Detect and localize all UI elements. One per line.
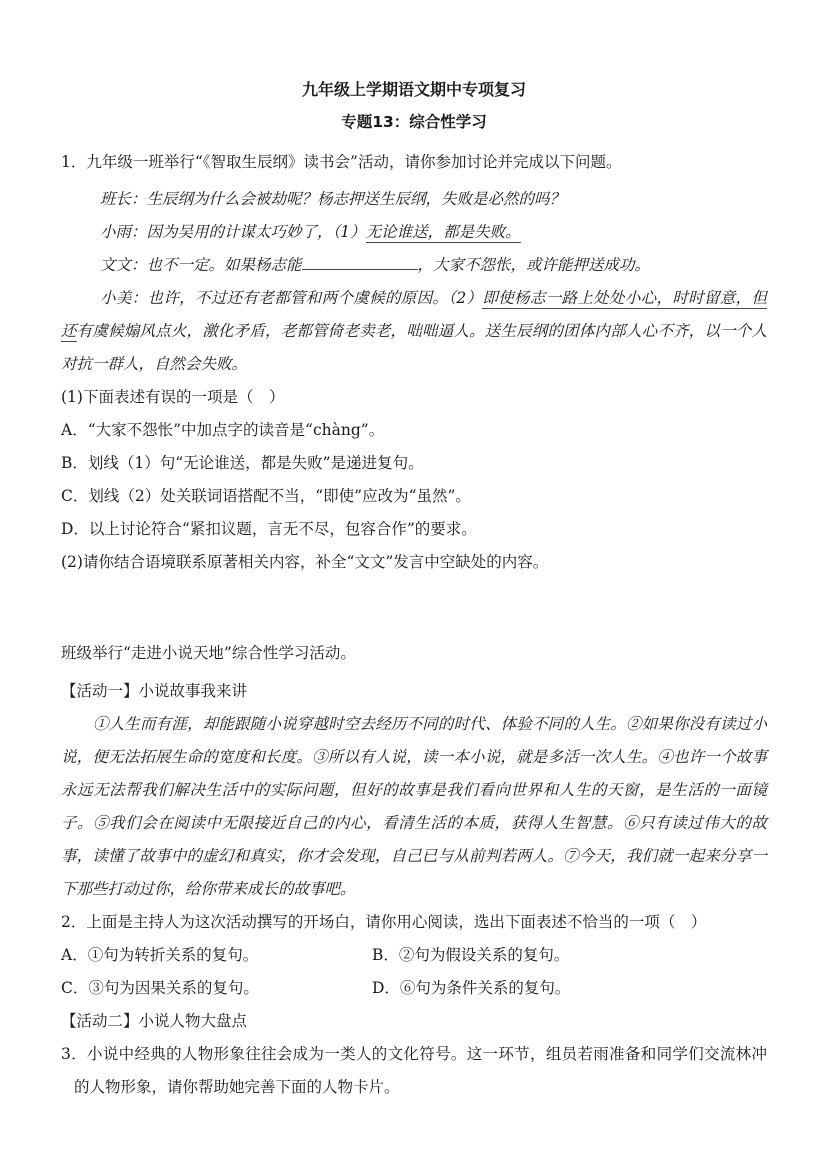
q2-option-c[interactable]: C．③句为因果关系的复句。 xyxy=(61,972,372,1005)
activity-1-title: 【活动一】小说故事我来讲 xyxy=(61,675,767,708)
dialogue-xiaomei-rest: 有虞候煽风点火，激化矛盾，老都管倚老卖老，咄咄逼人。送生辰纲的团体内部人心不齐，… xyxy=(61,322,767,373)
q2-options-row-2: C．③句为因果关系的复句。 D．⑥句为条件关系的复句。 xyxy=(61,972,767,1005)
answer-writing-space xyxy=(61,579,767,637)
dialogue-banzhang: 班长：生辰纲为什么会被劫呢？杨志押送生辰纲，失败是必然的吗？ xyxy=(61,183,767,216)
opening-remarks-passage: ①人生而有涯，却能跟随小说穿越时空去经历不同的时代、体验不同的人生。②如果你没有… xyxy=(61,708,767,906)
dialogue-banzhang-text: 生辰纲为什么会被劫呢？杨志押送生辰纲，失败是必然的吗？ xyxy=(147,190,566,208)
dialogue-xiaomei-pre: 也许，不过还有老都管和两个虞候的原因。（2） xyxy=(148,289,483,307)
q2-option-a[interactable]: A．①句为转折关系的复句。 xyxy=(61,939,372,972)
dialogue-xiaoyu-pre: 因为吴用的计谋太巧妙了，（1） xyxy=(147,223,366,241)
question-3-stem: 3．小说中经典的人物形象往往会成为一类人的文化符号。这一环节，组员若雨准备和同学… xyxy=(61,1038,767,1104)
q1-option-d[interactable]: D．以上讨论符合“紧扣议题，言无不尽，包容合作”的要求。 xyxy=(61,513,767,546)
section2-intro: 班级举行“走进小说天地”综合性学习活动。 xyxy=(61,637,767,670)
question-1-stem: 1．九年级一班举行“《智取生辰纲》读书会”活动，请你参加讨论并完成以下问题。 xyxy=(61,146,767,179)
dialogue-wenwen: 文文：也不一定。如果杨志能，大家不怨怅，或许能押送成功。 xyxy=(61,249,767,282)
speaker-wenwen: 文文： xyxy=(100,256,147,274)
q2-options-row-1: A．①句为转折关系的复句。 B．②句为假设关系的复句。 xyxy=(61,939,767,972)
q2-option-d[interactable]: D．⑥句为条件关系的复句。 xyxy=(372,972,570,1005)
worksheet-page: 九年级上学期语文期中专项复习 专题13：综合性学习 1．九年级一班举行“《智取生… xyxy=(0,0,827,1169)
page-title: 九年级上学期语文期中专项复习 xyxy=(61,80,767,100)
dialogue-xiaoyu: 小雨：因为吴用的计谋太巧妙了，（1）无论谁送，都是失败。 xyxy=(61,216,767,249)
dialogue-wenwen-post: ，大家不怨怅，或许能押送成功。 xyxy=(418,256,651,274)
q1-option-c[interactable]: C．划线（2）处关联词语搭配不当，“即使”应改为“虽然”。 xyxy=(61,480,767,513)
speaker-xiaomei: 小美： xyxy=(100,289,148,307)
dialogue-xiaomei: 小美：也许，不过还有老都管和两个虞候的原因。（2）即使杨志一路上处处小心，时时留… xyxy=(61,282,767,381)
q2-option-b[interactable]: B．②句为假设关系的复句。 xyxy=(372,939,569,972)
activity-2-title: 【活动二】小说人物大盘点 xyxy=(61,1005,767,1038)
speaker-xiaoyu: 小雨： xyxy=(100,223,147,241)
question-2-stem: 2．上面是主持人为这次活动撰写的开场白，请你用心阅读，选出下面表述不恰当的一项（… xyxy=(61,906,767,939)
fill-in-blank[interactable] xyxy=(302,256,418,270)
underlined-sentence-1: 无论谁送，都是失败。 xyxy=(366,223,521,243)
dialogue-wenwen-pre: 也不一定。如果杨志能 xyxy=(147,256,302,274)
q1-option-b[interactable]: B．划线（1）句“无论谁送，都是失败”是递进复句。 xyxy=(61,447,767,480)
q1-option-a[interactable]: A．“大家不怨怅”中加点字的读音是“chàng”。 xyxy=(61,414,767,447)
page-subtitle: 专题13：综合性学习 xyxy=(61,112,767,132)
question-1-sub2-stem: (2)请你结合语境联系原著相关内容，补全“文文”发言中空缺处的内容。 xyxy=(61,546,767,579)
question-1-sub1-stem: (1)下面表述有误的一项是（ ） xyxy=(61,381,767,414)
speaker-banzhang: 班长： xyxy=(100,190,147,208)
